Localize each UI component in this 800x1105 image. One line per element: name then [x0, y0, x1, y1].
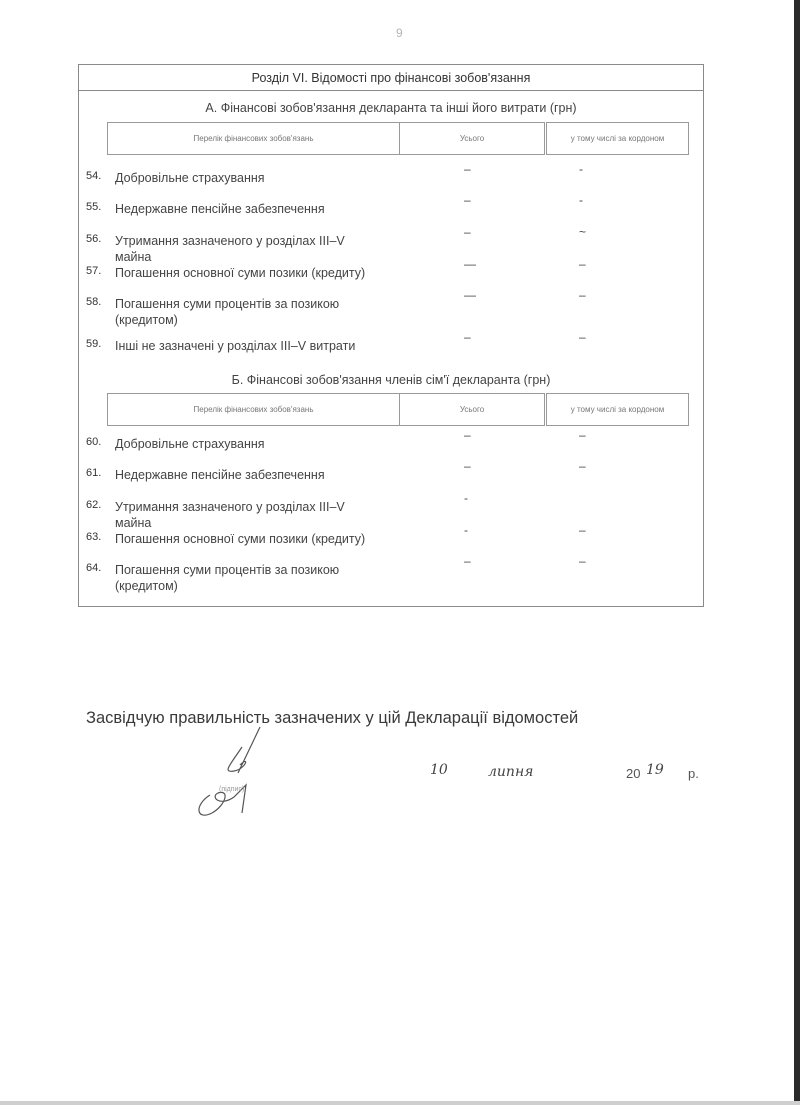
abroad-value: -: [579, 193, 583, 207]
total-value: –: [464, 225, 471, 239]
abroad-value: –: [579, 523, 586, 537]
table-row: 57.Погашення основної суми позики (креди…: [79, 265, 703, 295]
column-header-abroad: у тому числі за кордоном: [546, 122, 689, 155]
date-month: липня: [488, 764, 533, 780]
part-b-header: Перелік фінансових зобов'язань Усього у …: [107, 393, 689, 426]
date-day: 10: [430, 762, 448, 778]
abroad-value: ~: [579, 225, 586, 239]
page-number: 9: [396, 26, 403, 40]
part-a-header: Перелік фінансових зобов'язань Усього у …: [107, 122, 689, 155]
total-value: –: [464, 193, 471, 207]
column-header-list: Перелік фінансових зобов'язань: [107, 393, 400, 426]
table-row: 56.Утримання зазначеного у розділах III–…: [79, 233, 703, 263]
date-year-prefix: 20: [626, 766, 640, 781]
column-header-abroad: у тому числі за кордоном: [546, 393, 689, 426]
row-label: Погашення основної суми позики (кредиту): [115, 531, 375, 547]
total-value: —: [464, 257, 476, 271]
row-label: Недержавне пенсійне забезпечення: [115, 201, 375, 217]
total-value: —: [464, 288, 476, 302]
signature-label: (підпис): [219, 786, 244, 793]
date-line: 10 липня 20 19 р.: [430, 762, 710, 786]
section-title: Розділ VI. Відомості про фінансові зобов…: [79, 65, 703, 91]
table-row: 61.Недержавне пенсійне забезпечення––: [79, 467, 703, 497]
total-value: -: [464, 491, 468, 505]
total-value: –: [464, 428, 471, 442]
part-a-title: А. Фінансові зобов'язання декларанта та …: [79, 101, 703, 115]
table-row: 58.Погашення суми процентів за позикою (…: [79, 296, 703, 326]
row-number: 60.: [86, 436, 101, 448]
abroad-value: –: [579, 330, 586, 344]
row-number: 57.: [86, 265, 101, 277]
abroad-value: –: [579, 428, 586, 442]
row-label: Погашення основної суми позики (кредиту): [115, 265, 375, 281]
date-suffix: р.: [688, 766, 699, 781]
total-value: –: [464, 330, 471, 344]
abroad-value: –: [579, 288, 586, 302]
table-row: 64.Погашення суми процентів за позикою (…: [79, 562, 703, 592]
row-number: 59.: [86, 338, 101, 350]
total-value: -: [464, 523, 468, 537]
row-label: Недержавне пенсійне забезпечення: [115, 467, 375, 483]
row-number: 58.: [86, 296, 101, 308]
row-label: Добровільне страхування: [115, 436, 375, 452]
total-value: –: [464, 459, 471, 473]
certification-text: Засвідчую правильність зазначених у цій …: [86, 709, 578, 728]
table-row: 60.Добровільне страхування––: [79, 436, 703, 466]
part-b-title: Б. Фінансові зобов'язання членів сім'ї д…: [79, 373, 703, 387]
column-header-total: Усього: [400, 393, 545, 426]
row-number: 62.: [86, 499, 101, 511]
column-header-list: Перелік фінансових зобов'язань: [107, 122, 400, 155]
row-number: 54.: [86, 170, 101, 182]
row-label: Інші не зазначені у розділах III–V витра…: [115, 338, 375, 354]
row-number: 64.: [86, 562, 101, 574]
abroad-value: -: [579, 162, 583, 176]
handwritten-signature: [190, 725, 270, 825]
table-row: 63.Погашення основної суми позики (креди…: [79, 531, 703, 561]
table-row: 59.Інші не зазначені у розділах III–V ви…: [79, 338, 703, 368]
row-number: 63.: [86, 531, 101, 543]
table-row: 54.Добровільне страхування–-: [79, 170, 703, 200]
date-year-handwritten: 19: [646, 762, 664, 778]
scan-edge: [794, 0, 800, 1105]
total-value: –: [464, 554, 471, 568]
row-label: Погашення суми процентів за позикою (кре…: [115, 562, 375, 594]
table-row: 62.Утримання зазначеного у розділах III–…: [79, 499, 703, 529]
abroad-value: –: [579, 459, 586, 473]
row-label: Утримання зазначеного у розділах III–V м…: [115, 499, 375, 531]
row-label: Добровільне страхування: [115, 170, 375, 186]
column-header-total: Усього: [400, 122, 545, 155]
row-number: 61.: [86, 467, 101, 479]
total-value: –: [464, 162, 471, 176]
abroad-value: –: [579, 554, 586, 568]
row-label: Утримання зазначеного у розділах III–V м…: [115, 233, 375, 265]
row-number: 55.: [86, 201, 101, 213]
row-label: Погашення суми процентів за позикою (кре…: [115, 296, 375, 328]
abroad-value: –: [579, 257, 586, 271]
financial-obligations-section: Розділ VI. Відомості про фінансові зобов…: [78, 64, 704, 607]
scan-edge-bottom: [0, 1101, 800, 1105]
row-number: 56.: [86, 233, 101, 245]
table-row: 55.Недержавне пенсійне забезпечення–-: [79, 201, 703, 231]
